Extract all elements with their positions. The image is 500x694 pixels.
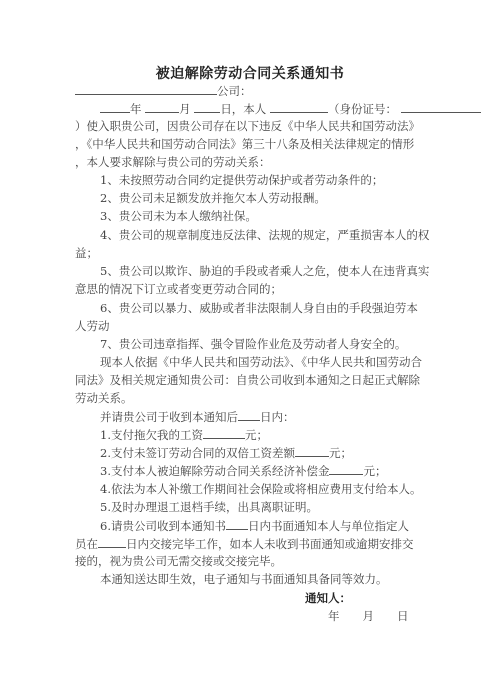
request-1-text: 1.支付拖欠我的工资 [100,428,203,442]
month-label: 月 [179,102,191,116]
request-1: 1.支付拖欠我的工资元； [100,426,268,443]
request-6-text-4: 日内交接完毕工作，如本人未收到书面通知或逾期安排交 [126,537,414,551]
double-wage-blank[interactable] [295,444,329,457]
request-3: 3.支付本人被迫解除劳动合同关系经济补偿金元； [100,462,386,479]
request-6-line-2: 员在日内交接完毕工作，如本人未收到书面通知或逾期安排交 [75,535,414,552]
intro-line-3: ，《中华人民共和国劳动合同法》第三十八条及相关法律规定的情形 [75,136,414,152]
request-2: 2.支付未签订劳动合同的双倍工资差额元； [100,444,352,461]
addressee-suffix: 公司： [217,84,252,98]
compensation-blank[interactable] [329,462,363,475]
year-label: 年 [130,102,142,116]
signature-label: 通知人： [305,590,351,606]
reason-4: 4、贵公司的规章制度违反法律、法规的规定，严重损害本人的权 [100,227,429,243]
addressee-line: 公司： [75,82,252,99]
day-label: 日，本人 [220,102,266,116]
document-title: 被迫解除劳动合同关系通知书 [0,63,500,83]
signature-date: 年 月 日 [328,608,409,624]
reason-2: 2、贵公司未足额发放并拖欠本人劳动报酬。 [100,190,326,206]
reason-6-cont: 人劳动 [75,318,110,334]
notice-line-2: 同法》及相关规定通知贵公司：自贵公司收到本通知之日起正式解除 [75,372,420,388]
request-4: 4.依法为本人补缴工作期间社会保险或将相应费用支付给本人。 [100,481,421,497]
request-6-line-1: 6.请贵公司收到本通知书日内书面通知本人与单位指定人 [100,517,409,534]
reason-1: 1、未按照劳动合同约定提供劳动保护或者劳动条件的； [100,172,383,188]
document-page: 被迫解除劳动合同关系通知书 公司： 年 月 日，本人 （身份证号： ）使入职贵公… [0,0,500,694]
request-6-text: 6.请贵公司收到本通知书 [100,519,226,533]
notice-line-3: 劳动关系。 [75,390,133,406]
days-blank[interactable] [238,408,260,421]
request-2-text: 2.支付未签订劳动合同的双倍工资差额 [100,446,295,460]
day-blank[interactable] [194,100,220,113]
reason-6: 6、贵公司以暴力、威胁或者非法限制人身自由的手段强迫劳本 [100,300,418,316]
notice-line-1: 现本人依据《中华人民共和国劳动法》、《中华人民共和国劳动合 [100,354,422,370]
notice-days-blank[interactable] [226,517,248,530]
request-3-text: 3.支付本人被迫解除劳动合同关系经济补偿金 [100,464,329,478]
intro-line-2: ）使入职贵公司，因贵公司存在以下违反《中华人民共和国劳动法》 [75,118,420,134]
intro-line-1: 年 月 日，本人 （身份证号： [100,100,481,117]
handover-days-blank[interactable] [98,535,126,548]
wage-amount-blank[interactable] [203,426,245,439]
reason-5-cont: 意思的情况下订立或者变更劳动合同的； [75,281,282,297]
reason-3: 3、贵公司未为本人缴纳社保。 [100,208,257,224]
request-intro-text: 并请贵公司于收到本通知后 [100,410,238,424]
reason-7: 7、贵公司违章指挥、强令冒险作业危及劳动者人身安全的。 [100,336,406,352]
request-1-suffix: 元； [245,428,268,442]
request-5: 5.及时办理退工退档手续，出具离职证明。 [100,499,318,515]
effect-statement: 本通知送达即生效，电子通知与书面通知具备同等效力。 [100,571,388,587]
request-6-text-3: 员在 [75,537,98,551]
request-6-text-2: 日内书面通知本人与单位指定人 [248,519,409,533]
reason-4-cont: 益； [75,245,98,261]
company-name-blank[interactable] [75,82,217,95]
reason-5: 5、贵公司以欺诈、胁迫的手段或者乘人之危，使本人在违背真实 [100,263,429,279]
request-intro: 并请贵公司于收到本通知后日内： [100,408,295,425]
name-blank[interactable] [270,100,328,113]
request-6-line-3: 接的，视为贵公司无需交接或交接完毕。 [75,553,282,569]
id-number-blank[interactable] [401,100,481,113]
month-blank[interactable] [145,100,179,113]
year-blank[interactable] [100,100,130,113]
request-2-suffix: 元； [329,446,352,460]
intro-line-4: ，本人要求解除与贵公司的劳动关系： [75,154,271,170]
request-intro-suffix: 日内： [260,410,295,424]
id-label: （身份证号： [328,102,397,116]
request-3-suffix: 元； [363,464,386,478]
